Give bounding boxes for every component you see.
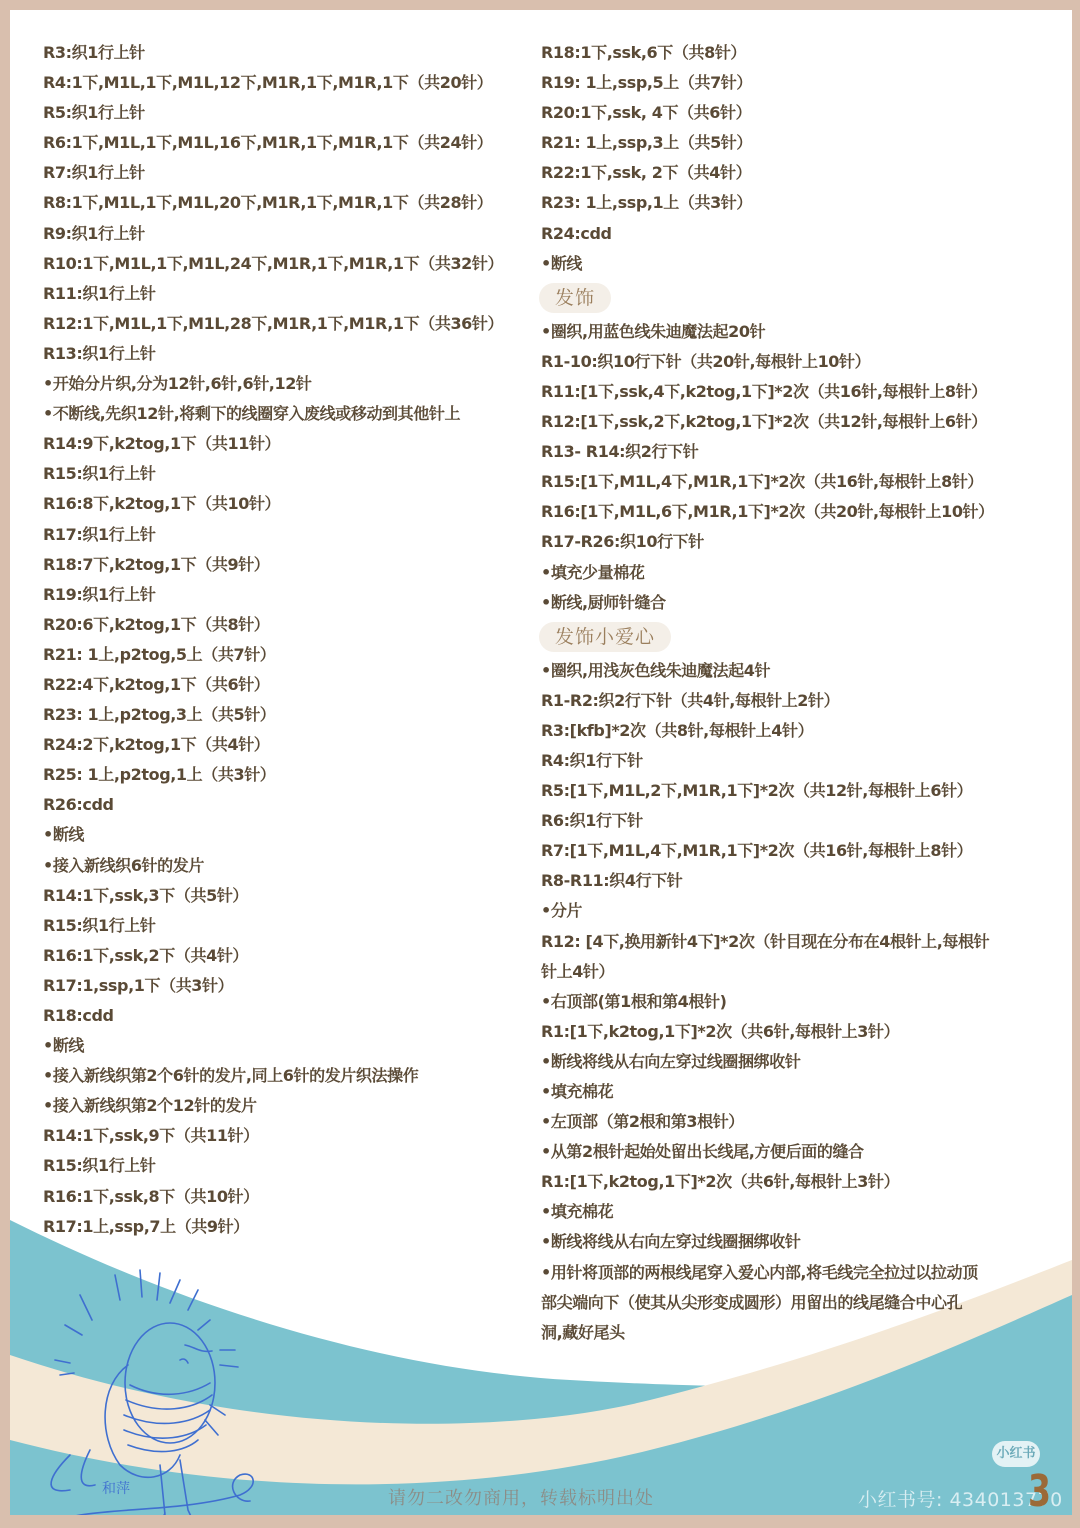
- pattern-row: R18:1下,ssk,6下（共8针）: [541, 38, 1031, 68]
- copyright-note: 请勿二改勿商用，转载标明出处: [388, 1484, 654, 1510]
- pattern-note: •从第2根针起始处留出长线尾,方便后面的缝合: [541, 1137, 1031, 1167]
- pattern-note: •断线将线从右向左穿过线圈捆绑收针: [541, 1227, 1031, 1257]
- pattern-row: R10:1下,M1L,1下,M1L,24下,M1R,1下,M1R,1下（共32针…: [43, 249, 513, 279]
- pattern-row: R4:1下,M1L,1下,M1L,12下,M1R,1下,M1R,1下（共20针）: [43, 68, 513, 98]
- pattern-row: R12:[1下,ssk,2下,k2tog,1下]*2次（共12针,每根针上6针）: [541, 407, 1031, 437]
- pattern-row: R24:2下,k2tog,1下（共4针）: [43, 730, 513, 760]
- pattern-row: R7:织1行上针: [43, 158, 513, 188]
- pattern-note: 洞,藏好尾头: [541, 1318, 1031, 1348]
- pattern-row: R3:[kfb]*2次（共8针,每根针上4针）: [541, 716, 1031, 746]
- pattern-row: R1-R2:织2行下针（共4针,每根针上2针）: [541, 686, 1031, 716]
- pattern-row: R14:1下,ssk,9下（共11针）: [43, 1121, 513, 1151]
- pattern-row: 针上4针）: [541, 957, 1031, 987]
- section-heart-accessory: 发饰小爱心 •圈织,用浅灰色线朱迪魔法起4针 R1-R2:织2行下针（共4针,每…: [541, 618, 1031, 1348]
- pattern-row: R8-R11:织4行下针: [541, 866, 1031, 896]
- pattern-note: •接入新线织第2个12针的发片: [43, 1091, 513, 1121]
- pattern-row: R15:[1下,M1L,4下,M1R,1下]*2次（共16针,每根针上8针）: [541, 467, 1031, 497]
- pattern-row: R16:1下,ssk,8下（共10针）: [43, 1182, 513, 1212]
- pattern-row: R22:1下,ssk, 2下（共4针）: [541, 158, 1031, 188]
- pattern-row: R14:1下,ssk,3下（共5针）: [43, 881, 513, 911]
- pattern-note: •开始分片织,分为12针,6针,6针,12针: [43, 369, 513, 399]
- pattern-row: R12: [4下,换用新针4下]*2次（针目现在分布在4根针上,每根针: [541, 927, 1031, 957]
- pattern-row: R13:织1行上针: [43, 339, 513, 369]
- pattern-row: R5:织1行上针: [43, 98, 513, 128]
- pattern-row: R1:[1下,k2tog,1下]*2次（共6针,每根针上3针）: [541, 1017, 1031, 1047]
- pattern-row: R15:织1行上针: [43, 1151, 513, 1181]
- pattern-note: •填充棉花: [541, 1197, 1031, 1227]
- pattern-row: R23: 1上,ssp,1上（共3针）: [541, 188, 1031, 218]
- right-column: R18:1下,ssk,6下（共8针） R19: 1上,ssp,5上（共7针） R…: [541, 38, 1031, 1348]
- bird-sketch-icon: 和萍: [20, 1265, 260, 1515]
- pattern-row: R17-R26:织10行下针: [541, 527, 1031, 557]
- pattern-note: •接入新线织6针的发片: [43, 851, 513, 881]
- pattern-row: R16:[1下,M1L,6下,M1R,1下]*2次（共20针,每根针上10针）: [541, 497, 1031, 527]
- pattern-row: R20:6下,k2tog,1下（共8针）: [43, 610, 513, 640]
- pattern-row: R18:7下,k2tog,1下（共9针）: [43, 550, 513, 580]
- pattern-row: R19:织1行上针: [43, 580, 513, 610]
- pattern-row: R25: 1上,p2tog,1上（共3针）: [43, 760, 513, 790]
- section-hair-accessory: 发饰 •圈织,用蓝色线朱迪魔法起20针 R1-10:织10行下针（共20针,每根…: [541, 279, 1031, 618]
- pattern-note: •右顶部(第1根和第4根针): [541, 987, 1031, 1017]
- pattern-row: R1:[1下,k2tog,1下]*2次（共6针,每根针上3针）: [541, 1167, 1031, 1197]
- pattern-note: •断线: [541, 249, 1031, 279]
- pattern-row: R21: 1上,p2tog,5上（共7针）: [43, 640, 513, 670]
- section-heading: 发饰小爱心: [539, 622, 671, 652]
- pattern-row: R16:1下,ssk,2下（共4针）: [43, 941, 513, 971]
- pattern-note: •圈织,用浅灰色线朱迪魔法起4针: [541, 656, 1031, 686]
- pattern-row: R19: 1上,ssp,5上（共7针）: [541, 68, 1031, 98]
- pattern-row: R18:cdd: [43, 1001, 513, 1031]
- pattern-row: R12:1下,M1L,1下,M1L,28下,M1R,1下,M1R,1下（共36针…: [43, 309, 513, 339]
- pattern-row: R6:织1行下针: [541, 806, 1031, 836]
- pattern-note: •断线将线从右向左穿过线圈捆绑收针: [541, 1047, 1031, 1077]
- pattern-note: •圈织,用蓝色线朱迪魔法起20针: [541, 317, 1031, 347]
- pattern-row: R6:1下,M1L,1下,M1L,16下,M1R,1下,M1R,1下（共24针）: [43, 128, 513, 158]
- pattern-note: •断线: [43, 1031, 513, 1061]
- pattern-row: R1-10:织10行下针（共20针,每根针上10针）: [541, 347, 1031, 377]
- pattern-row: R17:织1行上针: [43, 520, 513, 550]
- pattern-note: •用针将顶部的两根线尾穿入爱心内部,将毛线完全拉过以拉动顶: [541, 1258, 1031, 1288]
- pattern-row: R5:[1下,M1L,2下,M1R,1下]*2次（共12针,每根针上6针）: [541, 776, 1031, 806]
- pattern-row: R8:1下,M1L,1下,M1L,20下,M1R,1下,M1R,1下（共28针）: [43, 188, 513, 218]
- pattern-row: R15:织1行上针: [43, 911, 513, 941]
- pattern-row: R22:4下,k2tog,1下（共6针）: [43, 670, 513, 700]
- pattern-note: •接入新线织第2个6针的发片,同上6针的发片织法操作: [43, 1061, 513, 1091]
- xiaohongshu-logo-badge: 小红书: [992, 1441, 1040, 1467]
- page-number: 3: [1028, 1468, 1051, 1515]
- pattern-row: R13- R14:织2行下针: [541, 437, 1031, 467]
- pattern-row: R17:1,ssp,1下（共3针）: [43, 971, 513, 1001]
- pattern-row: R3:织1行上针: [43, 38, 513, 68]
- pattern-row: R20:1下,ssk, 4下（共6针）: [541, 98, 1031, 128]
- pattern-note: 部尖端向下（使其从尖形变成圆形）用留出的线尾缝合中心孔: [541, 1288, 1031, 1318]
- pattern-row: R7:[1下,M1L,4下,M1R,1下]*2次（共16针,每根针上8针）: [541, 836, 1031, 866]
- pattern-note: •填充棉花: [541, 1077, 1031, 1107]
- svg-text:和萍: 和萍: [102, 1481, 130, 1497]
- pattern-row: R4:织1行下针: [541, 746, 1031, 776]
- pattern-row: R21: 1上,ssp,3上（共5针）: [541, 128, 1031, 158]
- pattern-note: •断线: [43, 820, 513, 850]
- pattern-row: R14:9下,k2tog,1下（共11针）: [43, 429, 513, 459]
- pattern-note: •左顶部（第2根和第3根针）: [541, 1107, 1031, 1137]
- pattern-row: R11:[1下,ssk,4下,k2tog,1下]*2次（共16针,每根针上8针）: [541, 377, 1031, 407]
- left-column: R3:织1行上针 R4:1下,M1L,1下,M1L,12下,M1R,1下,M1R…: [43, 38, 513, 1242]
- pattern-row: R11:织1行上针: [43, 279, 513, 309]
- pattern-row: R17:1上,ssp,7上（共9针）: [43, 1212, 513, 1242]
- pattern-row: R23: 1上,p2tog,3上（共5针）: [43, 700, 513, 730]
- pattern-note: •断线,厨师针缝合: [541, 588, 1031, 618]
- pattern-row: R26:cdd: [43, 790, 513, 820]
- pattern-note: •分片: [541, 896, 1031, 926]
- pattern-row: R16:8下,k2tog,1下（共10针）: [43, 489, 513, 519]
- section-heading: 发饰: [539, 283, 611, 313]
- pattern-row: R15:织1行上针: [43, 459, 513, 489]
- pattern-note: •不断线,先织12针,将剩下的线圈穿入废线或移动到其他针上: [43, 399, 513, 429]
- pattern-note: •填充少量棉花: [541, 558, 1031, 588]
- pattern-row: R24:cdd: [541, 219, 1031, 249]
- pattern-row: R9:织1行上针: [43, 219, 513, 249]
- pattern-page: 和萍 R3:织1行上针 R4:1下,M1L,1下,M1L,12下,M1R,1下,…: [10, 10, 1072, 1515]
